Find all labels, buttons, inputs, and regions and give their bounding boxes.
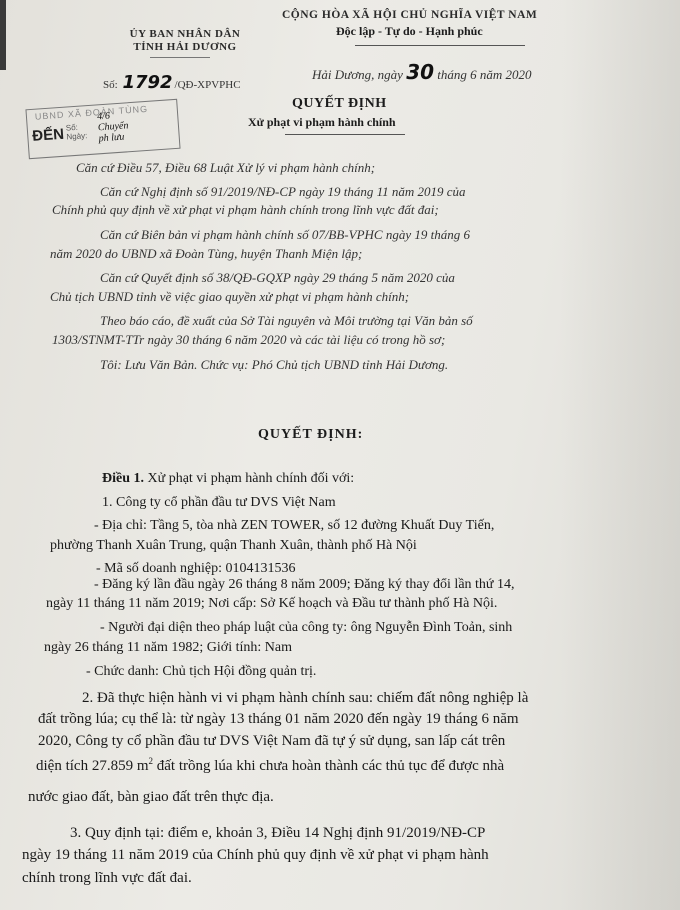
preamble-line: Căn cứ Điều 57, Điều 68 Luật Xử lý vi ph… [76,160,375,176]
document-title: QUYẾT ĐỊNH [292,96,387,112]
document-page: ỦY BAN NHÂN DÂN TỈNH HẢI DƯƠNG Số: 1792/… [0,0,680,910]
article-1-heading: Điều 1. Xử phạt vi phạm hành chính đối v… [102,471,354,487]
violation-description-cont: diện tích 27.859 m2 đất trồng lúa khi ch… [36,756,504,775]
violation-description-cont: nước giao đất, bàn giao đất trên thực đị… [28,789,274,806]
legal-basis-cont: ngày 19 tháng 11 năm 2019 của Chính phủ … [22,847,489,864]
violation-description: 2. Đã thực hiện hành vi vi phạm hành chí… [82,690,528,707]
stamp-agency: UBND XÃ ĐOÀN TÙNG [35,104,149,122]
national-title: CỘNG HÒA XÃ HỘI CHỦ NGHĨA VIỆT NAM [282,9,537,21]
received-stamp: UBND XÃ ĐOÀN TÙNG ĐẾN Số: Ngày: 4/6 Chuy… [25,99,180,159]
stamp-fields: Số: Ngày: [66,122,88,141]
preamble-line: Theo báo cáo, đề xuất của Sở Tài nguyên … [100,313,473,329]
document-number-value: 1792 [122,72,172,93]
decision-heading: QUYẾT ĐỊNH: [258,427,363,443]
preamble-line: Căn cứ Nghị định số 91/2019/NĐ-CP ngày 1… [100,184,466,200]
preamble-line: Chính phủ quy định về xử phạt vi phạm hà… [52,202,439,218]
agency-line-1: ỦY BAN NHÂN DÂN [105,28,265,41]
document-number: Số: 1792/QĐ-XPVPHC [103,72,241,93]
issuing-agency: ỦY BAN NHÂN DÂN TỈNH HẢI DƯƠNG [105,28,265,54]
preamble-line: Chủ tịch UBND tỉnh về việc giao quyền xử… [50,289,409,305]
violation-description-cont: 2020, Công ty cổ phần đầu tư DVS Việt Na… [38,733,505,750]
violator-name: 1. Công ty cổ phần đầu tư DVS Việt Nam [102,495,336,511]
preamble-line: Căn cứ Quyết định số 38/QĐ-GQXP ngày 29 … [100,270,455,286]
agency-underline [150,57,210,58]
preamble-line: năm 2020 do UBND xã Đoàn Tùng, huyện Tha… [50,246,362,262]
preamble-line: Căn cứ Biên bản vi phạm hành chính số 07… [100,227,470,243]
title-underline [285,134,405,135]
document-subtitle: Xử phạt vi phạm hành chính [248,115,396,130]
article-1-label: Điều 1. [102,471,144,486]
page-shading [560,0,680,910]
legal-basis: 3. Quy định tại: điểm e, khoản 3, Điều 1… [70,825,485,842]
preamble-line: 1303/STNMT-TTr ngày 30 tháng 6 năm 2020 … [52,332,445,348]
legal-basis-cont: chính trong lĩnh vực đất đai. [22,870,192,887]
business-code: - Mã số doanh nghiệp: 0104131536 [96,561,295,577]
violation-description-cont: đất trồng lúa; cụ thể là: từ ngày 13 thá… [38,711,519,728]
national-motto: Độc lập - Tự do - Hạnh phúc [336,24,483,39]
registration-info: - Đăng ký lần đầu ngày 26 tháng 8 năm 20… [94,577,515,593]
motto-underline [355,45,525,46]
legal-representative-cont: ngày 26 tháng 11 năm 1982; Giới tính: Na… [44,640,292,656]
legal-representative: - Người đại diện theo pháp luật của công… [100,620,512,636]
document-date: Hải Dương, ngày 30 tháng 6 năm 2020 [312,60,532,84]
stamp-label: ĐẾN [32,126,65,145]
preamble-line: Tôi: Lưu Văn Bản. Chức vụ: Phó Chủ tịch … [100,357,448,373]
page-edge-shadow [0,0,6,70]
representative-position: - Chức danh: Chủ tịch Hội đồng quản trị. [86,664,316,680]
violator-address-cont: phường Thanh Xuân Trung, quận Thanh Xuân… [50,538,417,554]
violator-address: - Địa chỉ: Tầng 5, tòa nhà ZEN TOWER, số… [94,518,494,534]
agency-line-2: TỈNH HẢI DƯƠNG [105,41,265,54]
stamp-handwriting: 4/6 Chuyển ph lưu [97,109,130,144]
date-day: 30 [406,60,434,84]
registration-info-cont: ngày 11 tháng 11 năm 2019; Nơi cấp: Sở K… [46,596,497,612]
